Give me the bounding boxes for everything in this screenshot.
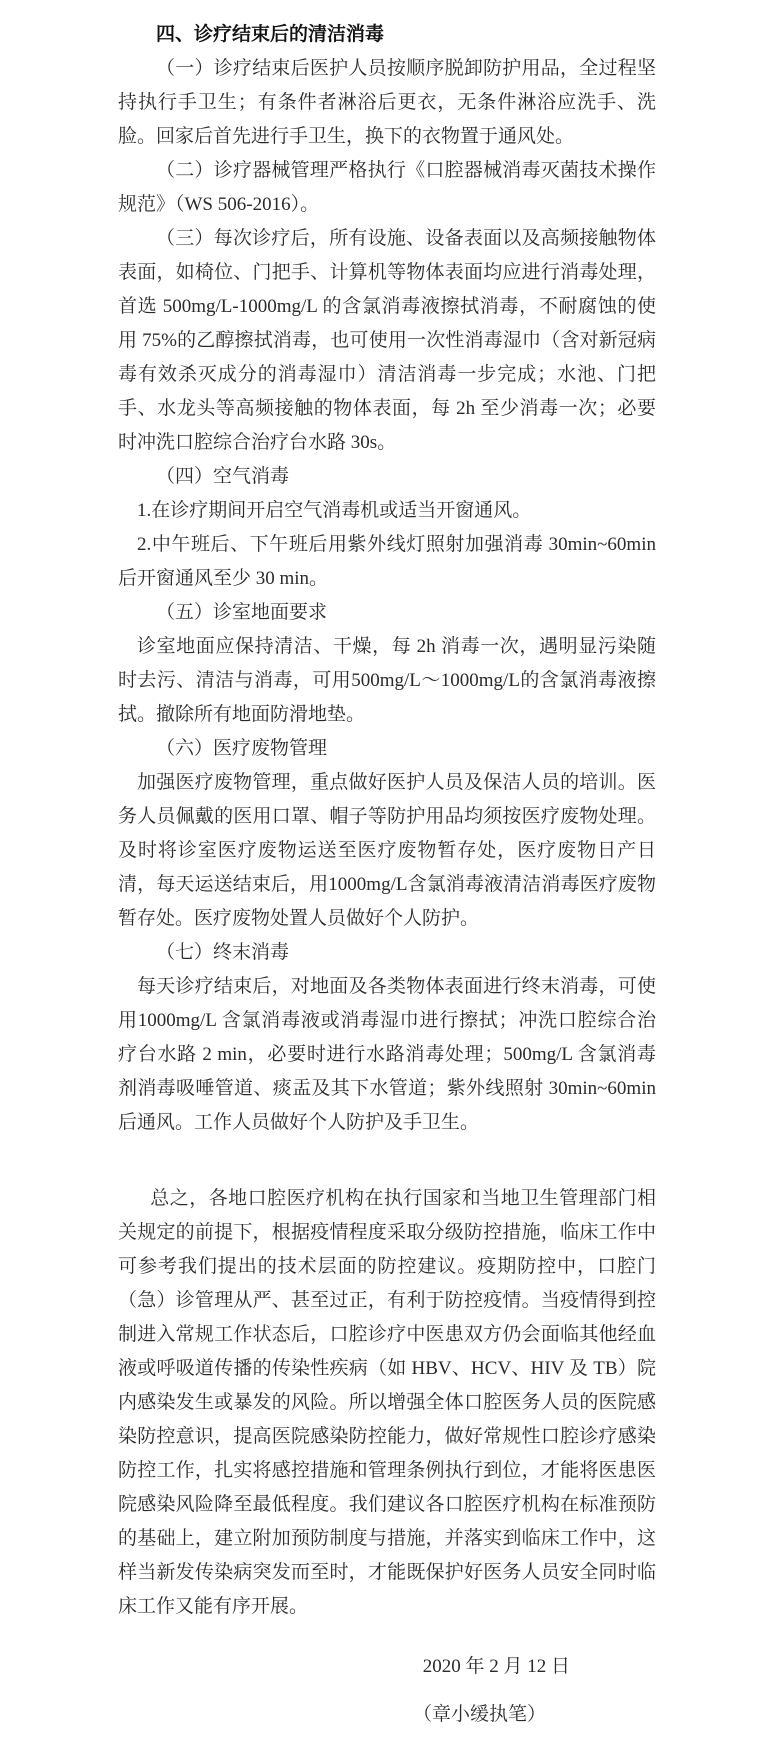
paragraph: （七）终末消毒 (118, 936, 656, 970)
document-page: 四、诊疗结束后的清洁消毒 （一）诊疗结束后医护人员按顺序脱卸防护用品，全过程坚持… (0, 0, 768, 1753)
paragraph: 2.中午班后、下午班后用紫外线灯照射加强消毒 30min~60min 后开窗通风… (118, 528, 656, 596)
paragraph: （四）空气消毒 (118, 460, 656, 494)
paragraph-list: （一）诊疗结束后医护人员按顺序脱卸防护用品，全过程坚持执行手卫生；有条件者淋浴后… (118, 52, 656, 1624)
paragraph: 总之，各地口腔医疗机构在执行国家和当地卫生管理部门相关规定的前提下，根据疫情程度… (118, 1182, 656, 1624)
date-line: 2020 年 2 月 12 日 (118, 1650, 656, 1684)
paragraph: （一）诊疗结束后医护人员按顺序脱卸防护用品，全过程坚持执行手卫生；有条件者淋浴后… (118, 52, 656, 154)
paragraph: （二）诊疗器械管理严格执行《口腔器械消毒灭菌技术操作规范》（WS 506-201… (118, 154, 656, 222)
paragraph: （六）医疗废物管理 (118, 732, 656, 766)
paragraph: 1.在诊疗期间开启空气消毒机或适当开窗通风。 (118, 494, 656, 528)
paragraph: （五）诊室地面要求 (118, 596, 656, 630)
signature-line: （章小缓执笔） (118, 1698, 656, 1732)
paragraph: 每天诊疗结束后，对地面及各类物体表面进行终末消毒，可使用1000mg/L 含氯消… (118, 970, 656, 1140)
paragraph: （三）每次诊疗后，所有设施、设备表面以及高频接触物体表面，如椅位、门把手、计算机… (118, 222, 656, 460)
document-content: 四、诊疗结束后的清洁消毒 （一）诊疗结束后医护人员按顺序脱卸防护用品，全过程坚持… (0, 0, 768, 1732)
section-heading: 四、诊疗结束后的清洁消毒 (118, 18, 656, 52)
paragraph: 加强医疗废物管理，重点做好医护人员及保洁人员的培训。医务人员佩戴的医用口罩、帽子… (118, 766, 656, 936)
paragraph: 诊室地面应保持清洁、干燥，每 2h 消毒一次，遇明显污染随时去污、清洁与消毒，可… (118, 630, 656, 732)
